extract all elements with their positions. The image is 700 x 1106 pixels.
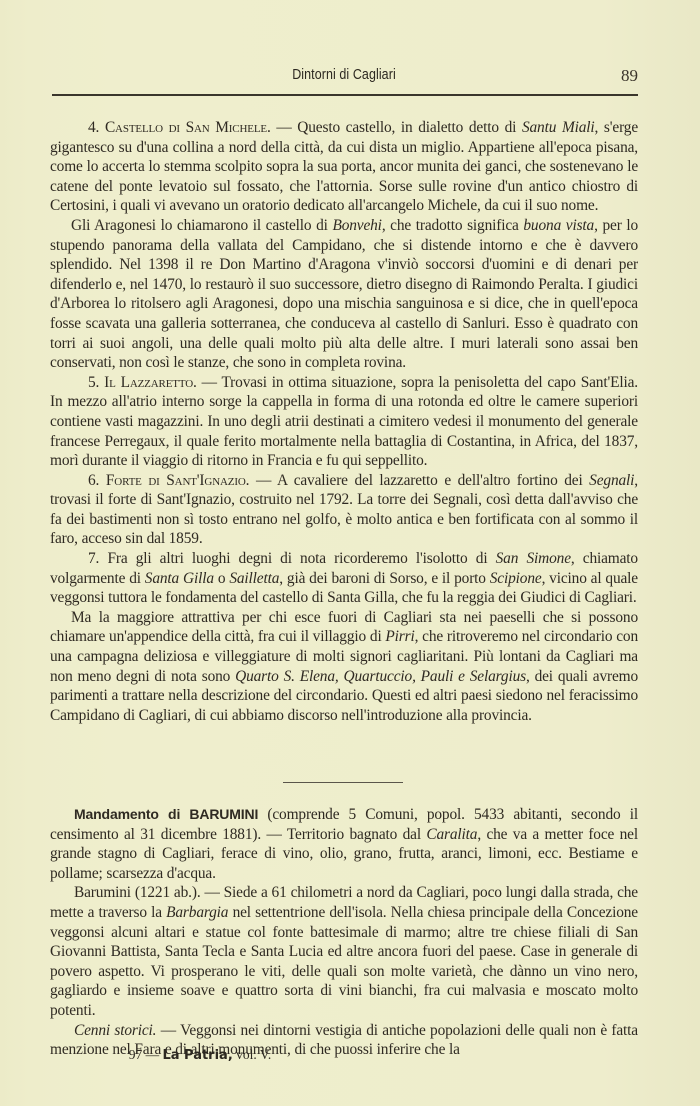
italic-run: Segnali: [589, 472, 634, 489]
italic-run: Scipione: [490, 570, 542, 587]
item-number: 6.: [88, 472, 99, 489]
italic-run: buona vista: [523, 217, 594, 234]
paragraph-forte-sant-ignazio: 6. Forte di Sant'Ignazio. — A cavaliere …: [50, 471, 638, 549]
text-run: nel settentrione dell'isola. Nella chies…: [50, 904, 638, 1019]
publication-title: La Patria,: [162, 1048, 232, 1063]
signature-footer: 97 — La Patria, vol. V.: [0, 1047, 400, 1063]
section-dintorni: 4. Castello di San Michele. — Questo cas…: [50, 118, 638, 725]
italic-run: Caralita: [426, 826, 477, 843]
text-run: o: [214, 570, 229, 587]
italic-run: Cenni storici.: [74, 1022, 156, 1039]
running-title: Dintorni di Cagliari: [91, 67, 597, 83]
item-heading: Il Lazzaretto.: [104, 374, 197, 391]
section-mandamento-barumini: Mandamento di BARUMINI (comprende 5 Comu…: [50, 805, 638, 1060]
signature-number: 97 —: [129, 1047, 163, 1062]
italic-run: Santa Gilla: [145, 570, 214, 587]
text-run: Fra gli altri luoghi degni di nota ricor…: [99, 550, 495, 567]
italic-run: San Simone: [496, 550, 571, 567]
paragraph-castello-san-michele: 4. Castello di San Michele. — Questo cas…: [50, 118, 638, 216]
italic-run: Bonvehi: [332, 217, 381, 234]
text-run: , che tradotto significa: [382, 217, 524, 234]
italic-run: Quarto S. Elena, Quartuccio, Pauli e Sel…: [235, 668, 526, 685]
page-number: 89: [621, 66, 638, 86]
item-number: 7.: [88, 550, 99, 567]
italic-run: Pirri: [385, 628, 414, 645]
volume-label: vol. V.: [233, 1047, 272, 1062]
paragraph-barumini: Barumini (1221 ab.). — Siede a 61 chilom…: [50, 883, 638, 1020]
item-heading: Forte di Sant'Ignazio.: [106, 472, 250, 489]
paragraph-lazzaretto: 5. Il Lazzaretto. — Trovasi in ottima si…: [50, 373, 638, 471]
text-run: — A cavaliere del lazzaretto e dell'altr…: [249, 472, 589, 489]
paragraph-mandamento: Mandamento di BARUMINI (comprende 5 Comu…: [50, 805, 638, 883]
item-heading: Castello di San Michele.: [105, 119, 271, 136]
paragraph-paeselli: Ma la maggiore attrattiva per chi esce f…: [50, 608, 638, 726]
header-rule: [52, 94, 638, 96]
paragraph-altri-luoghi: 7. Fra gli altri luoghi degni di nota ri…: [50, 549, 638, 608]
running-head: Dintorni di Cagliari 89: [50, 64, 638, 88]
italic-run: Santu Miali: [522, 119, 595, 136]
item-number: 5.: [88, 374, 99, 391]
text-run: , già dei baroni di Sorso, e il porto: [279, 570, 489, 587]
paragraph-bonvehi: Gli Aragonesi lo chiamarono il castello …: [50, 216, 638, 373]
text-run: — Questo castello, in dialetto detto di: [271, 119, 522, 136]
text-run: , per lo stupendo panorama della vallata…: [50, 217, 638, 371]
book-page: Dintorni di Cagliari 89 4. Castello di S…: [0, 0, 700, 1106]
text-run: Gli Aragonesi lo chiamarono il castello …: [71, 217, 332, 234]
mandamento-heading: Mandamento di BARUMINI: [74, 806, 258, 822]
section-divider: [283, 782, 403, 783]
italic-run: Sailletta: [229, 570, 279, 587]
italic-run: Barbargia: [166, 904, 228, 921]
item-number: 4.: [88, 119, 99, 136]
